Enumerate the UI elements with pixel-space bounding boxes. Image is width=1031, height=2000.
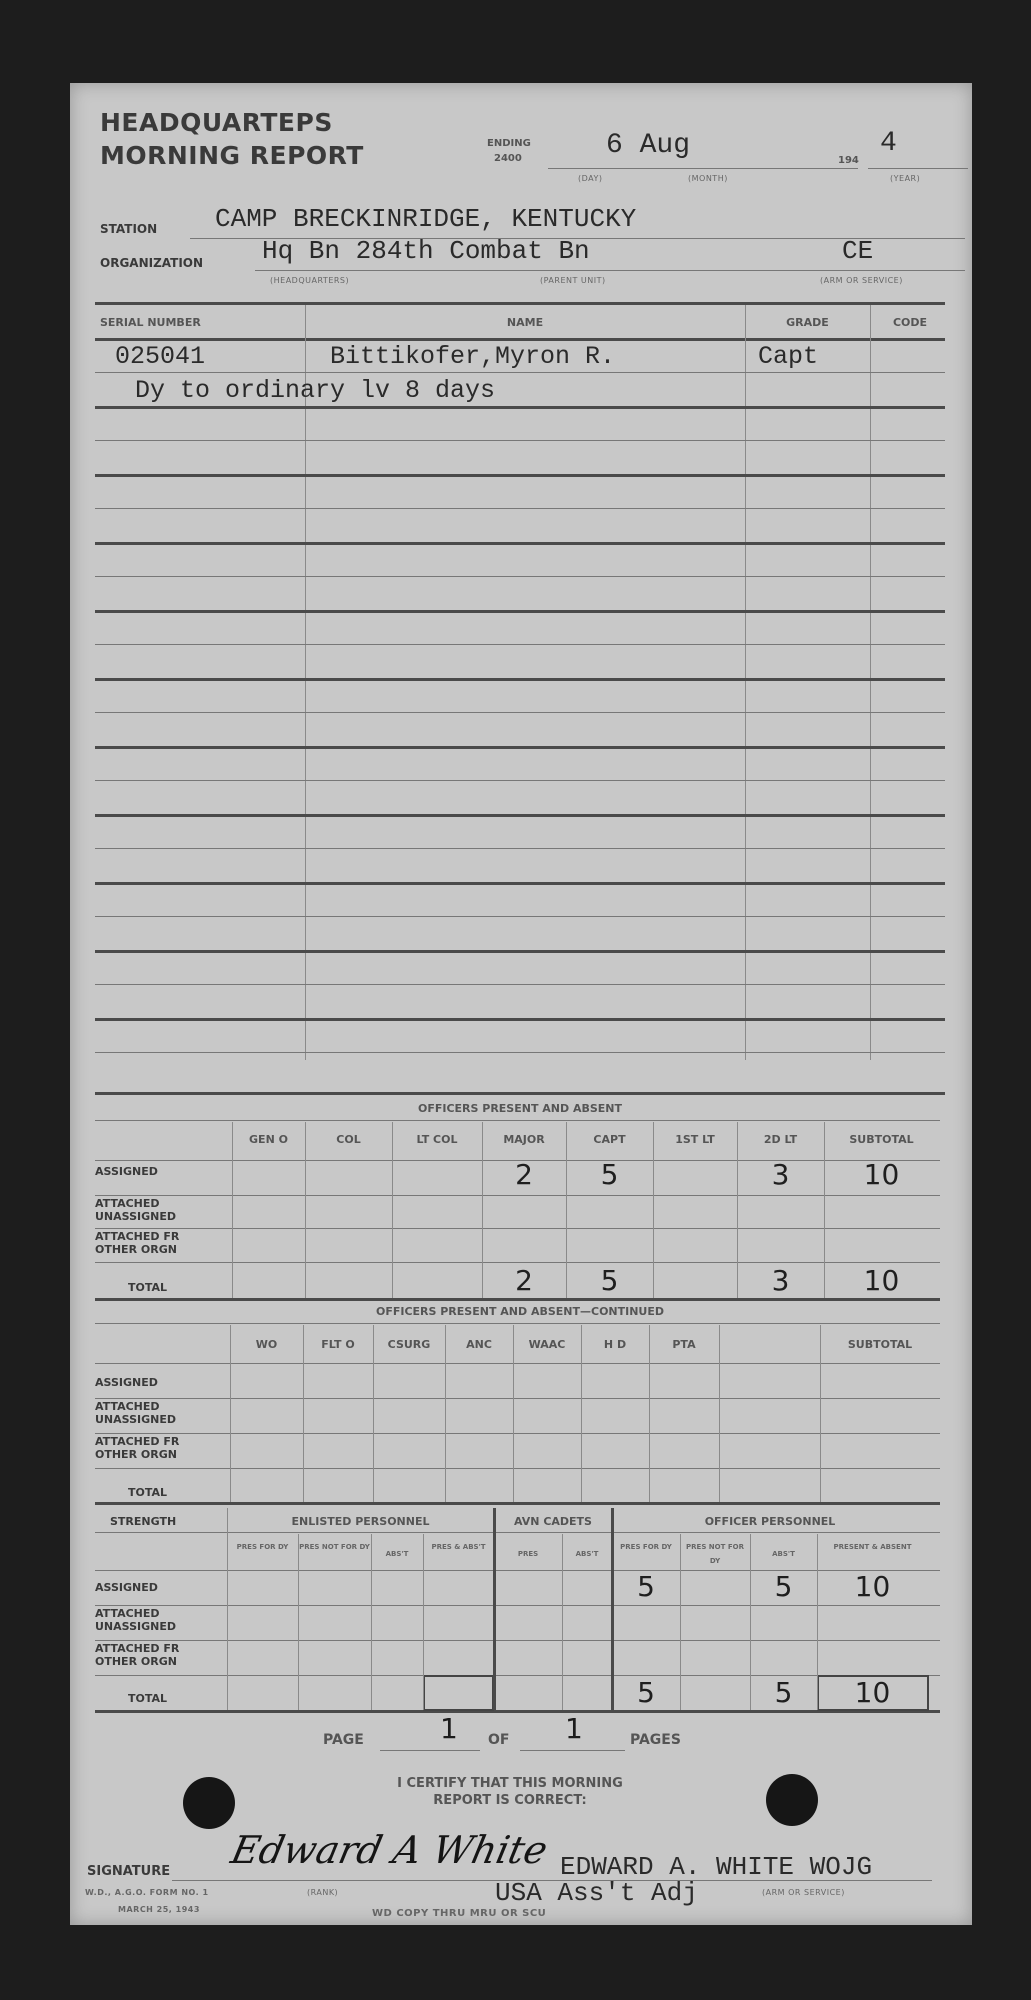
officers-rule xyxy=(95,1262,940,1263)
ruled-line xyxy=(95,814,945,817)
cont-col-divider xyxy=(820,1325,821,1502)
pages-underline xyxy=(520,1750,625,1751)
strength-rule xyxy=(95,1640,940,1641)
cont-col-divider xyxy=(303,1325,304,1502)
officers-rule xyxy=(95,1298,940,1301)
ending-label: ENDING xyxy=(487,138,531,149)
sub-off-abst: ABS'T xyxy=(750,1547,817,1561)
strength-col-divider xyxy=(227,1508,228,1710)
entry-remark: Dy to ordinary lv 8 days xyxy=(135,376,495,405)
ending-time: 2400 xyxy=(494,153,522,164)
col-col: COL xyxy=(305,1133,392,1146)
sub-enl-pres-not-for-dy: PRES NOT FOR DY xyxy=(298,1540,371,1554)
officers-col-divider xyxy=(232,1122,233,1298)
ruled-line xyxy=(95,508,945,509)
col-serial-number: SERIAL NUMBER xyxy=(100,316,300,329)
assigned-subtotal: 10 xyxy=(824,1158,939,1191)
rank-caption: (RANK) xyxy=(307,1888,338,1897)
parent-unit-caption: (PARENT UNIT) xyxy=(540,276,606,285)
station-label: STATION xyxy=(100,222,157,236)
strength-rule xyxy=(95,1532,940,1533)
ruled-line xyxy=(95,576,945,577)
officers-col-divider xyxy=(482,1122,483,1298)
col-capt: CAPT xyxy=(566,1133,653,1146)
cont-col-divider xyxy=(581,1325,582,1502)
strength-row-assigned-label: ASSIGNED xyxy=(95,1581,158,1594)
entry-name: Bittikofer,Myron R. xyxy=(330,342,615,371)
ruled-line xyxy=(95,1052,945,1053)
total-subtotal: 10 xyxy=(824,1264,939,1297)
col-1st-lt: 1ST LT xyxy=(653,1133,737,1146)
strength-row-attached-fr-other-label: ATTACHED FR OTHER ORGN xyxy=(95,1642,215,1668)
assigned-major: 2 xyxy=(482,1158,566,1191)
total-capt: 5 xyxy=(566,1264,653,1297)
certify-line2: REPORT IS CORRECT: xyxy=(340,1793,680,1808)
strength-col-divider xyxy=(493,1508,496,1710)
strength-assigned-off-pres-for-dy: 5 xyxy=(612,1570,680,1603)
organization-value: Hq Bn 284th Combat Bn xyxy=(262,236,590,266)
strength-col-divider xyxy=(817,1534,818,1710)
pages-label: PAGES xyxy=(630,1732,681,1748)
sub-enl-pres-abst: PRES & ABS'T xyxy=(423,1540,494,1554)
strength-col-divider xyxy=(371,1534,372,1710)
entries-row-rule xyxy=(95,372,945,373)
entry-grade: Capt xyxy=(758,342,818,371)
ruled-line xyxy=(95,644,945,645)
col-grade: GRADE xyxy=(745,316,870,329)
officers-col-divider xyxy=(653,1122,654,1298)
col-wo: WO xyxy=(230,1338,303,1351)
ruled-line xyxy=(95,406,945,409)
organization-underline xyxy=(255,270,965,271)
row-attached-fr-other-label: ATTACHED FR OTHER ORGN xyxy=(95,1230,215,1256)
officers-cont-rule xyxy=(95,1398,940,1399)
strength-col-divider xyxy=(611,1508,614,1710)
cont-row-attached-fr-other-label: ATTACHED FR OTHER ORGN xyxy=(95,1435,215,1461)
year-prefix: 194 xyxy=(838,155,859,166)
year-value: 4 xyxy=(880,128,897,159)
strength-col-divider xyxy=(423,1534,424,1710)
strength-total-off-abst: 5 xyxy=(750,1676,817,1709)
strength-col-divider xyxy=(562,1534,563,1710)
officers-col-divider xyxy=(737,1122,738,1298)
strength-row-total-label: TOTAL xyxy=(128,1692,167,1705)
day-caption: (DAY) xyxy=(578,174,603,183)
year-caption: (YEAR) xyxy=(890,174,920,183)
entries-header-rule xyxy=(95,338,945,341)
cont-col-divider xyxy=(230,1325,231,1502)
col-code: CODE xyxy=(870,316,950,329)
ruled-line xyxy=(95,780,945,781)
page-label: PAGE xyxy=(323,1732,364,1748)
ruled-line xyxy=(95,1092,945,1095)
strength-rule xyxy=(95,1710,940,1713)
handwritten-signature: Edward A White xyxy=(227,1828,551,1872)
col-name: NAME xyxy=(305,316,745,329)
cont-row-attached-unassigned-label: ATTACHED UNASSIGNED xyxy=(95,1400,215,1426)
strength-row-attached-unassigned-label: ATTACHED UNASSIGNED xyxy=(95,1607,215,1633)
date-value: 6 Aug xyxy=(606,130,690,161)
total-2d-lt: 3 xyxy=(737,1264,824,1297)
officers-table-title: OFFICERS PRESENT AND ABSENT xyxy=(95,1102,945,1115)
officers-cont-rule xyxy=(95,1502,940,1505)
form-number: W.D., A.G.O. FORM NO. 1 xyxy=(85,1888,209,1897)
form-title-line1: HEADQUARTEPS xyxy=(100,108,333,137)
officers-col-divider xyxy=(305,1122,306,1298)
ruled-line xyxy=(95,542,945,545)
month-caption: (MONTH) xyxy=(688,174,728,183)
arm-service-caption: (ARM OR SERVICE) xyxy=(762,1888,845,1897)
ruled-line xyxy=(95,1018,945,1021)
officer-total-box xyxy=(817,1675,929,1711)
officers-cont-rule xyxy=(95,1468,940,1469)
group-avn-cadets: AVN CADETS xyxy=(494,1515,612,1528)
strength-label: STRENGTH xyxy=(110,1515,176,1528)
officers-cont-rule xyxy=(95,1363,940,1364)
form-date: MARCH 25, 1943 xyxy=(118,1905,200,1914)
cont-col-divider xyxy=(513,1325,514,1502)
ruled-line xyxy=(95,678,945,681)
of-label: OF xyxy=(488,1732,509,1748)
ruled-line xyxy=(95,882,945,885)
col-subtotal: SUBTOTAL xyxy=(824,1133,939,1146)
col-major: MAJOR xyxy=(482,1133,566,1146)
ruled-line xyxy=(95,610,945,613)
ruled-line xyxy=(95,712,945,713)
date-underline xyxy=(548,168,858,169)
total-major: 2 xyxy=(482,1264,566,1297)
enlisted-total-box xyxy=(423,1675,494,1711)
arm-value: CE xyxy=(842,236,873,266)
officers-col-divider xyxy=(824,1122,825,1298)
ruled-line xyxy=(95,950,945,953)
officers-rule xyxy=(95,1195,940,1196)
col-gen-o: GEN O xyxy=(232,1133,305,1146)
punch-hole-right xyxy=(766,1774,818,1826)
officers-cont-rule xyxy=(95,1433,940,1434)
entries-col-divider xyxy=(745,305,746,1060)
cont-row-total-label: TOTAL xyxy=(128,1486,167,1499)
page-underline xyxy=(380,1750,480,1751)
row-assigned-label: ASSIGNED xyxy=(95,1165,158,1178)
form-title-line2: MORNING REPORT xyxy=(100,141,364,170)
ruled-line xyxy=(95,440,945,441)
sub-off-pres-not-for-dy: PRES NOT FOR DY xyxy=(680,1540,750,1568)
sub-off-present-absent: PRESENT & ABSENT xyxy=(817,1540,928,1554)
assigned-capt: 5 xyxy=(566,1158,653,1191)
row-total-label: TOTAL xyxy=(128,1281,167,1294)
punch-hole-left xyxy=(183,1777,235,1829)
strength-assigned-off-total: 10 xyxy=(817,1570,928,1603)
strength-col-divider xyxy=(750,1534,751,1710)
col-flt-o: FLT O xyxy=(303,1338,373,1351)
group-enlisted: ENLISTED PERSONNEL xyxy=(227,1515,494,1528)
signature-label: SIGNATURE xyxy=(87,1864,170,1879)
rank-line: USA Ass't Adj xyxy=(495,1878,698,1908)
col-lt-col: LT COL xyxy=(392,1133,482,1146)
sub-avn-abst: ABS'T xyxy=(562,1547,612,1561)
certify-line1: I CERTIFY THAT THIS MORNING xyxy=(340,1776,680,1791)
col-hd: H D xyxy=(581,1338,649,1351)
pages-value: 1 xyxy=(565,1712,583,1745)
headquarters-caption: (HEADQUARTERS) xyxy=(270,276,349,285)
group-officer: OFFICER PERSONNEL xyxy=(612,1515,928,1528)
strength-assigned-off-abst: 5 xyxy=(750,1570,817,1603)
entries-col-divider xyxy=(305,305,306,1060)
ruled-line xyxy=(95,984,945,985)
officers-cont-title: OFFICERS PRESENT AND ABSENT—CONTINUED xyxy=(95,1305,945,1318)
cont-col-divider xyxy=(445,1325,446,1502)
officers-rule xyxy=(95,1228,940,1229)
strength-total-off-pres-for-dy: 5 xyxy=(612,1676,680,1709)
arm-caption: (ARM OR SERVICE) xyxy=(820,276,903,285)
col-subtotal-cont: SUBTOTAL xyxy=(820,1338,940,1351)
cont-col-divider xyxy=(649,1325,650,1502)
strength-col-divider xyxy=(680,1534,681,1710)
officers-col-divider xyxy=(392,1122,393,1298)
station-value: CAMP BRECKINRIDGE, KENTUCKY xyxy=(215,204,636,234)
year-underline xyxy=(868,168,968,169)
entries-top-rule xyxy=(95,302,945,305)
page-value: 1 xyxy=(440,1712,458,1745)
officers-cont-rule xyxy=(95,1323,940,1324)
ruled-line xyxy=(95,916,945,917)
cont-col-divider xyxy=(719,1325,720,1502)
col-waac: WAAC xyxy=(513,1338,581,1351)
assigned-2d-lt: 3 xyxy=(737,1158,824,1191)
col-2d-lt: 2D LT xyxy=(737,1133,824,1146)
copy-note: WD COPY THRU MRU OR SCU xyxy=(372,1908,546,1919)
organization-label: ORGANIZATION xyxy=(100,256,203,270)
sub-enl-abst: ABS'T xyxy=(371,1547,423,1561)
col-anc: ANC xyxy=(445,1338,513,1351)
cont-row-assigned-label: ASSIGNED xyxy=(95,1376,158,1389)
col-csurg: CSURG xyxy=(373,1338,445,1351)
col-pta: PTA xyxy=(649,1338,719,1351)
sub-off-pres-for-dy: PRES FOR DY xyxy=(612,1540,680,1554)
ruled-line xyxy=(95,746,945,749)
strength-rule xyxy=(95,1605,940,1606)
officers-col-divider xyxy=(566,1122,567,1298)
ruled-line xyxy=(95,474,945,477)
sub-enl-pres-for-dy: PRES FOR DY xyxy=(227,1540,298,1554)
ruled-line xyxy=(95,848,945,849)
entries-col-divider xyxy=(870,305,871,1060)
sub-avn-pres: PRES xyxy=(494,1547,562,1561)
strength-col-divider xyxy=(298,1534,299,1710)
officers-rule xyxy=(95,1120,940,1121)
entry-serial: 025041 xyxy=(115,342,205,371)
row-attached-unassigned-label: ATTACHED UNASSIGNED xyxy=(95,1197,215,1223)
cont-col-divider xyxy=(373,1325,374,1502)
